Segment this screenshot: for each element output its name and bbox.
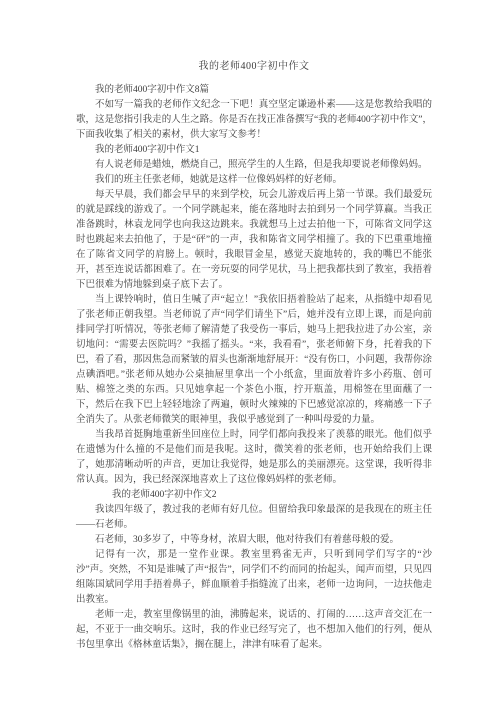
paragraph: 我读四年级了，教过我的老师有好几位。但留给我印象最深的是我现在的班主任——石老师… — [76, 503, 432, 533]
document-content: 我的老师400字初中作文 我的老师400字初中作文8篇 不如写一篇我的老师作文纪… — [76, 59, 432, 653]
section-title-essay-1: 我的老师400字初中作文1 — [76, 143, 432, 158]
paragraph: 记得有一次，那是一堂作业课。教室里鸦雀无声，只听到同学们写字的“沙沙”声。突然，… — [76, 548, 432, 608]
intro-paragraph: 不如写一篇我的老师作文纪念一下吧！真空坚定谦逊朴素——这是您教给我唱的歌，这是您… — [76, 98, 432, 143]
paragraph: 老师一走，教室里像锅里的油，沸腾起来，说话的、打闹的……这声音交汇在一起，不亚于… — [76, 608, 432, 653]
essay-title: 我的老师400字初中作文 — [76, 59, 432, 74]
paragraph: 当上课铃响时，值日生喊了声“起立！”我依旧捂着脸站了起来，从指缝中却看见了张老师… — [76, 293, 432, 428]
paragraph: 当我昂首挺胸地重新坐回座位上时，同学们都向我投来了羡慕的眼光。他们似乎在遗憾为什… — [76, 428, 432, 488]
paragraph: 我们的班主任张老师，她就是这样一位像妈妈样的好老师。 — [76, 173, 432, 188]
paragraph: 每天早晨，我们都会早早的来到学校，玩会儿游戏后再上第一节课。我们最爱玩的就是踩线… — [76, 188, 432, 293]
paragraph: 有人说老师是蜡烛，燃烧自己，照亮学生的人生路，但是我却要说老师像妈妈。 — [76, 158, 432, 173]
section-title-essay-2: 我的老师400字初中作文2 — [76, 488, 432, 503]
document-page: 我的老师400字初中作文 我的老师400字初中作文8篇 不如写一篇我的老师作文纪… — [0, 0, 500, 707]
essay-subtitle: 我的老师400字初中作文8篇 — [76, 83, 432, 98]
paragraph: 石老师，30多岁了，中等身材，浓眉大眼，他对待我们有着慈母般的爱。 — [76, 533, 432, 548]
